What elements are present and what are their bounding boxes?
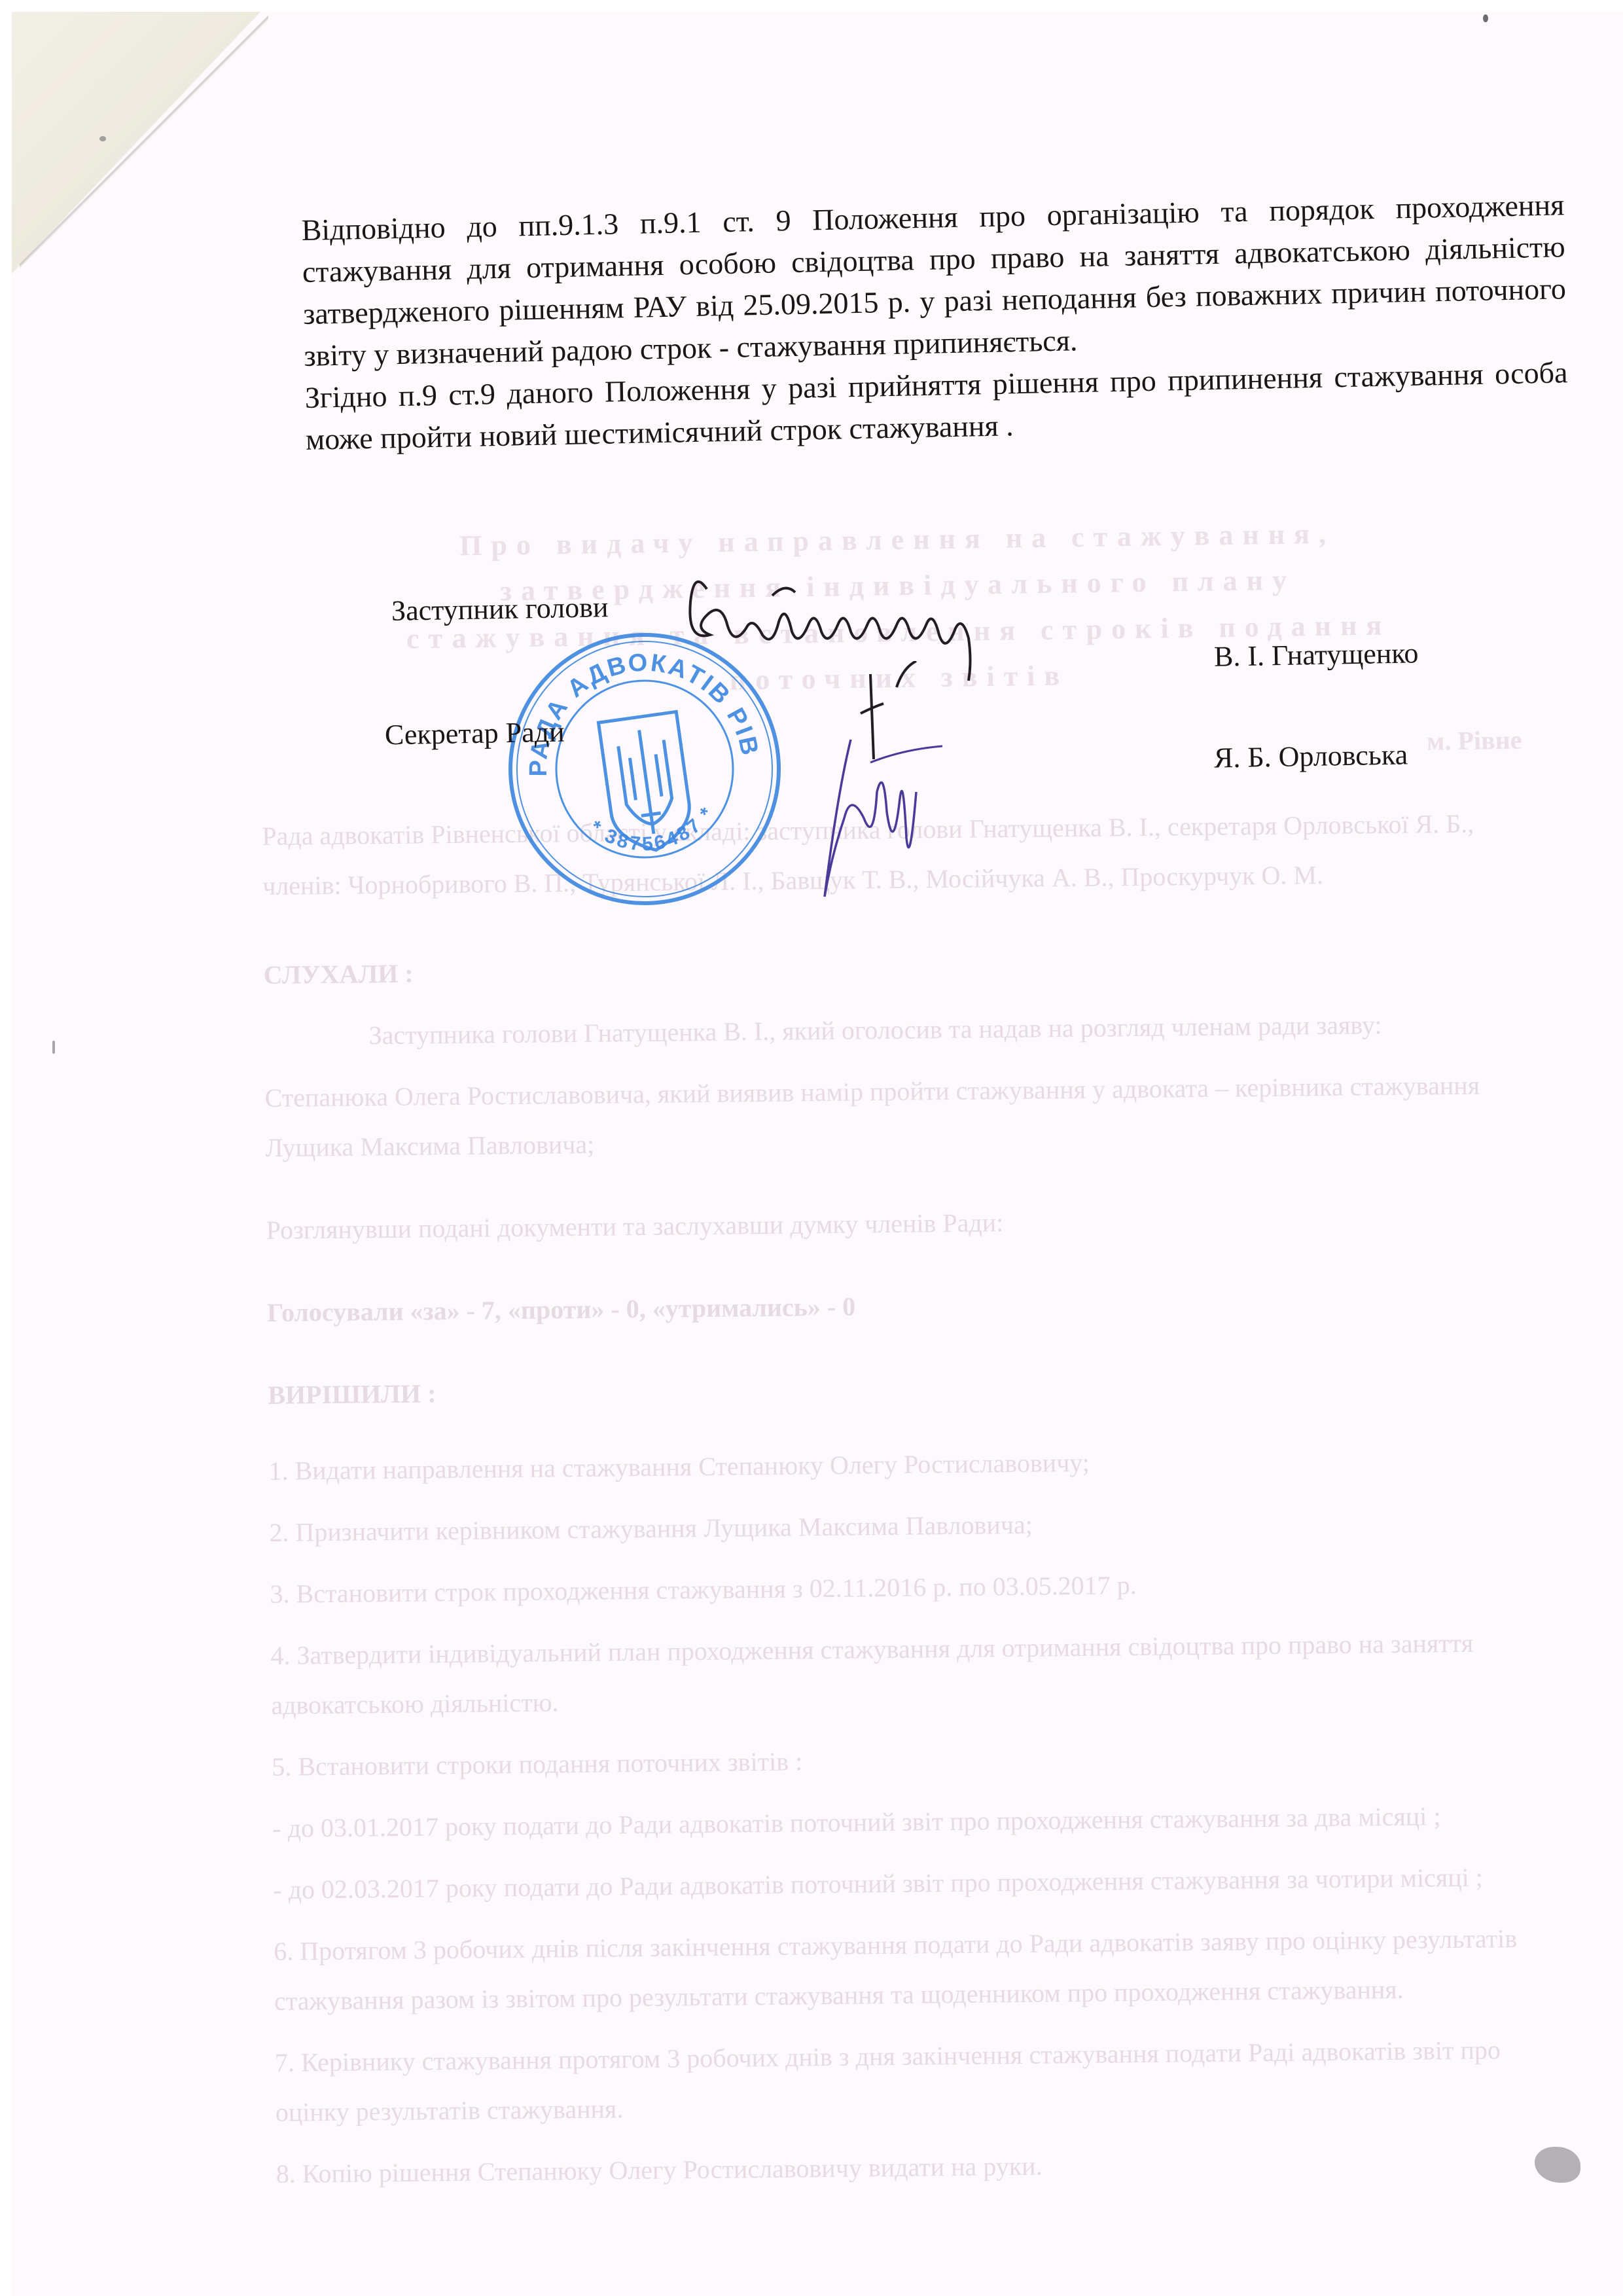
scan-speck [99,136,106,141]
bleed-through-line: 3. Встановити строк проходження стажуван… [270,1556,1546,1619]
bleed-through-line: 5. Встановити строки подання поточних зв… [272,1729,1548,1792]
scan-margin-left [0,0,12,2296]
bleed-through-line: 4. Затвердити індивідуальний план проход… [270,1618,1547,1731]
signatory-name: Я. Б. Орловська [1214,738,1408,774]
signatory-name: В. І. Гнатущенко [1214,636,1419,673]
body-paragraph: Відповідно до пп.9.1.3 п.9.1 ст. 9 Полож… [301,184,1567,377]
bleed-through-line: 8. Копію рішення Степанюку Олегу Ростисл… [276,2136,1552,2198]
scanned-page: Про видачу направлення на стажування, за… [0,0,1623,2296]
bleed-through-line: СЛУХАЛИ : [263,937,1540,1000]
bleed-through-line: 1. Видати направлення на стажування Степ… [268,1433,1545,1496]
bleed-through-line: Степанюка Олега Ростиславовича, який вия… [264,1060,1541,1173]
bleed-through-line: 2. Призначити керівником стажування Лущи… [269,1495,1546,1558]
bleed-through-line: ВИРІШИЛИ : [268,1357,1544,1420]
fold-crease [20,12,268,274]
signatory-position: Заступник голови [391,590,609,628]
scan-speck [1483,14,1488,22]
scan-margin-top [0,0,1623,12]
scan-speck [52,1041,55,1054]
signatory-position: Секретар Ради [385,715,565,752]
document-body: Відповідно до пп.9.1.3 п.9.1 ст. 9 Полож… [301,184,1569,461]
bleed-through-line: Розглянувши подані документи та заслухав… [266,1193,1543,1255]
bleed-through-line: - до 03.01.2017 року подати до Ради адво… [272,1790,1549,1853]
bleed-through-line: 6. Протягом 3 робочих днів після закінче… [274,1913,1550,2026]
bleed-through-body: Рада адвокатів Рівненської області у скл… [262,798,1552,2211]
bleed-through-line: Голосували «за» - 7, «проти» - 0, «утрим… [267,1275,1544,1338]
bleed-through-line: 7. Керівнику стажування протягом 3 робоч… [275,2024,1552,2137]
bleed-through-line: - до 02.03.2017 року подати до Ради адво… [273,1852,1550,1914]
bleed-through-line: Заступника голови Гнатущенка В. І., який… [264,999,1541,1062]
handwritten-signature-2 [811,661,982,910]
